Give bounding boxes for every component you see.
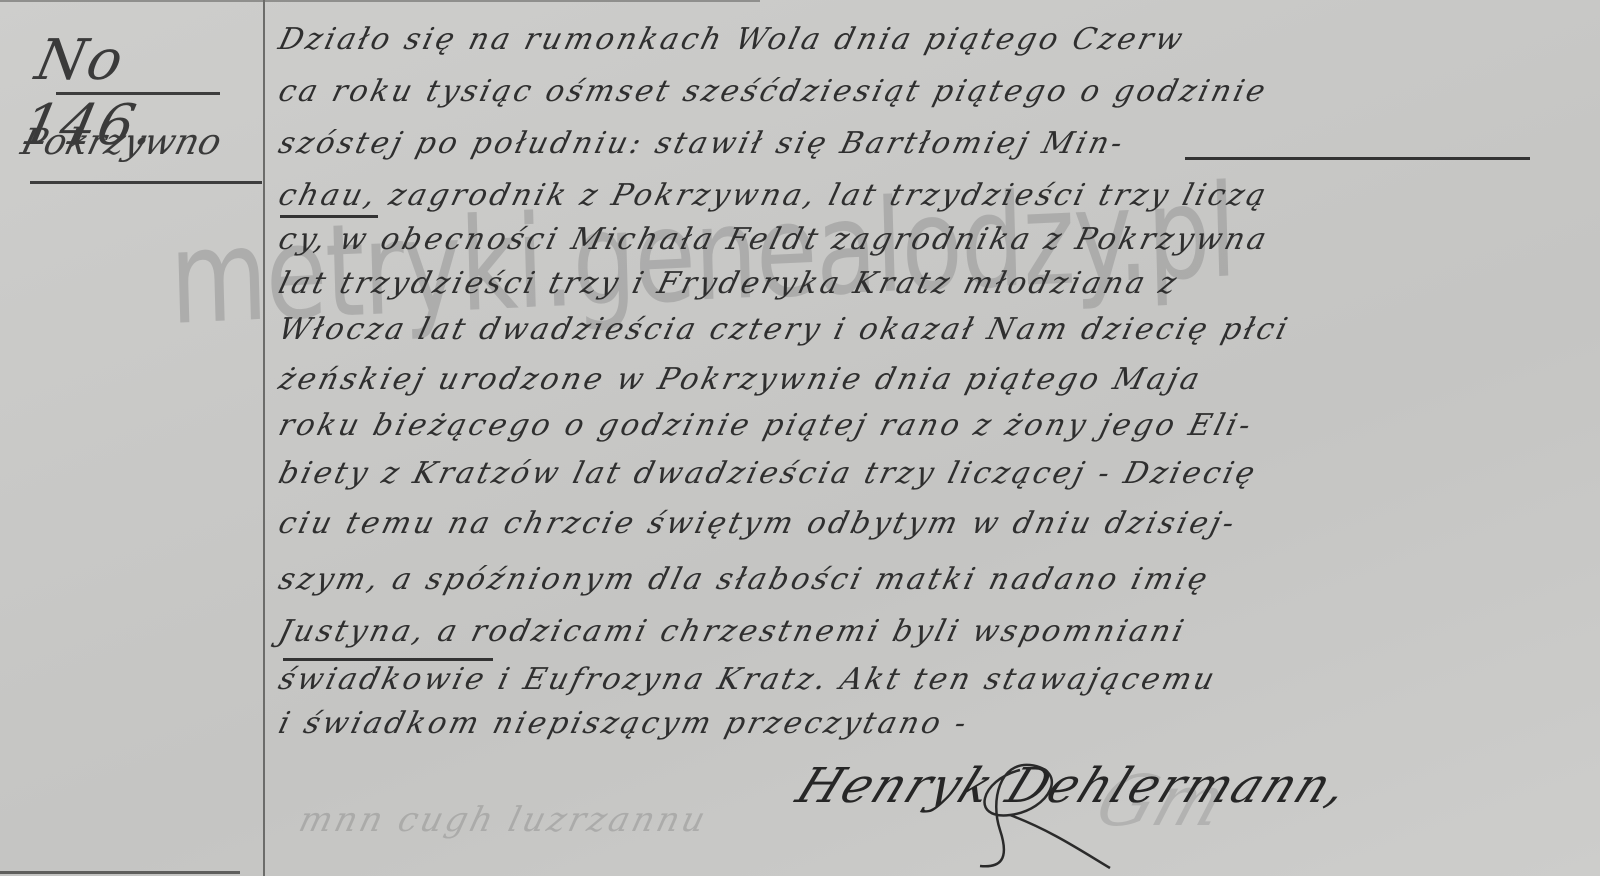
entry-place: Pokrzywno xyxy=(17,122,267,163)
record-line-13: Justyna, a rodzicami chrzestnemi byli ws… xyxy=(275,614,1190,649)
bleed-through-text: mnn cugh luzrzannu xyxy=(295,800,712,840)
record-line-2: ca roku tysiąc ośmset sześćdziesiąt piąt… xyxy=(275,74,1272,109)
entry-number-underline xyxy=(56,92,220,95)
record-line-9: roku bieżącego o godzinie piątej rano z … xyxy=(275,408,1257,443)
name-underline-minchau xyxy=(280,215,378,218)
top-rule-line xyxy=(0,0,760,2)
document-scan: metryki.genealodzy.pl No 146. Pokrzywno … xyxy=(0,0,1600,876)
record-line-1: Działo się na rumonkach Wola dnia piąteg… xyxy=(275,22,1189,57)
record-line-11: ciu temu na chrzcie świętym odbytym w dn… xyxy=(275,506,1241,541)
record-line-6: lat trzydzieści trzy i Fryderyka Kratz m… xyxy=(275,266,1183,301)
record-line-5: cy, w obecności Michała Feldt zagrodnika… xyxy=(275,222,1273,257)
record-line-8: żeńskiej urodzone w Pokrzywnie dnia piąt… xyxy=(275,362,1206,397)
record-line-3: szóstej po południu: stawił się Bartłomi… xyxy=(275,126,1129,161)
record-line-4: chau, zagrodnik z Pokrzywna, lat trzydzi… xyxy=(275,178,1272,213)
record-line-15: i świadkom niepiszącym przeczytano - xyxy=(275,706,973,741)
bottom-rule-line xyxy=(0,871,240,874)
signature-flourish-icon xyxy=(960,760,1140,870)
name-underline-justyna xyxy=(283,658,493,661)
entry-place-underline xyxy=(30,181,262,184)
record-line-10: biety z Kratzów lat dwadzieścia trzy lic… xyxy=(275,456,1261,491)
record-line-12: szym, a spóźnionym dla słabości matki na… xyxy=(275,562,1214,597)
record-line-7: Włocza lat dwadzieścia cztery i okazał N… xyxy=(275,312,1294,347)
name-underline-bartlomiej xyxy=(1185,157,1530,160)
record-line-14: świadkowie i Eufrozyna Kratz. Akt ten st… xyxy=(275,662,1221,697)
